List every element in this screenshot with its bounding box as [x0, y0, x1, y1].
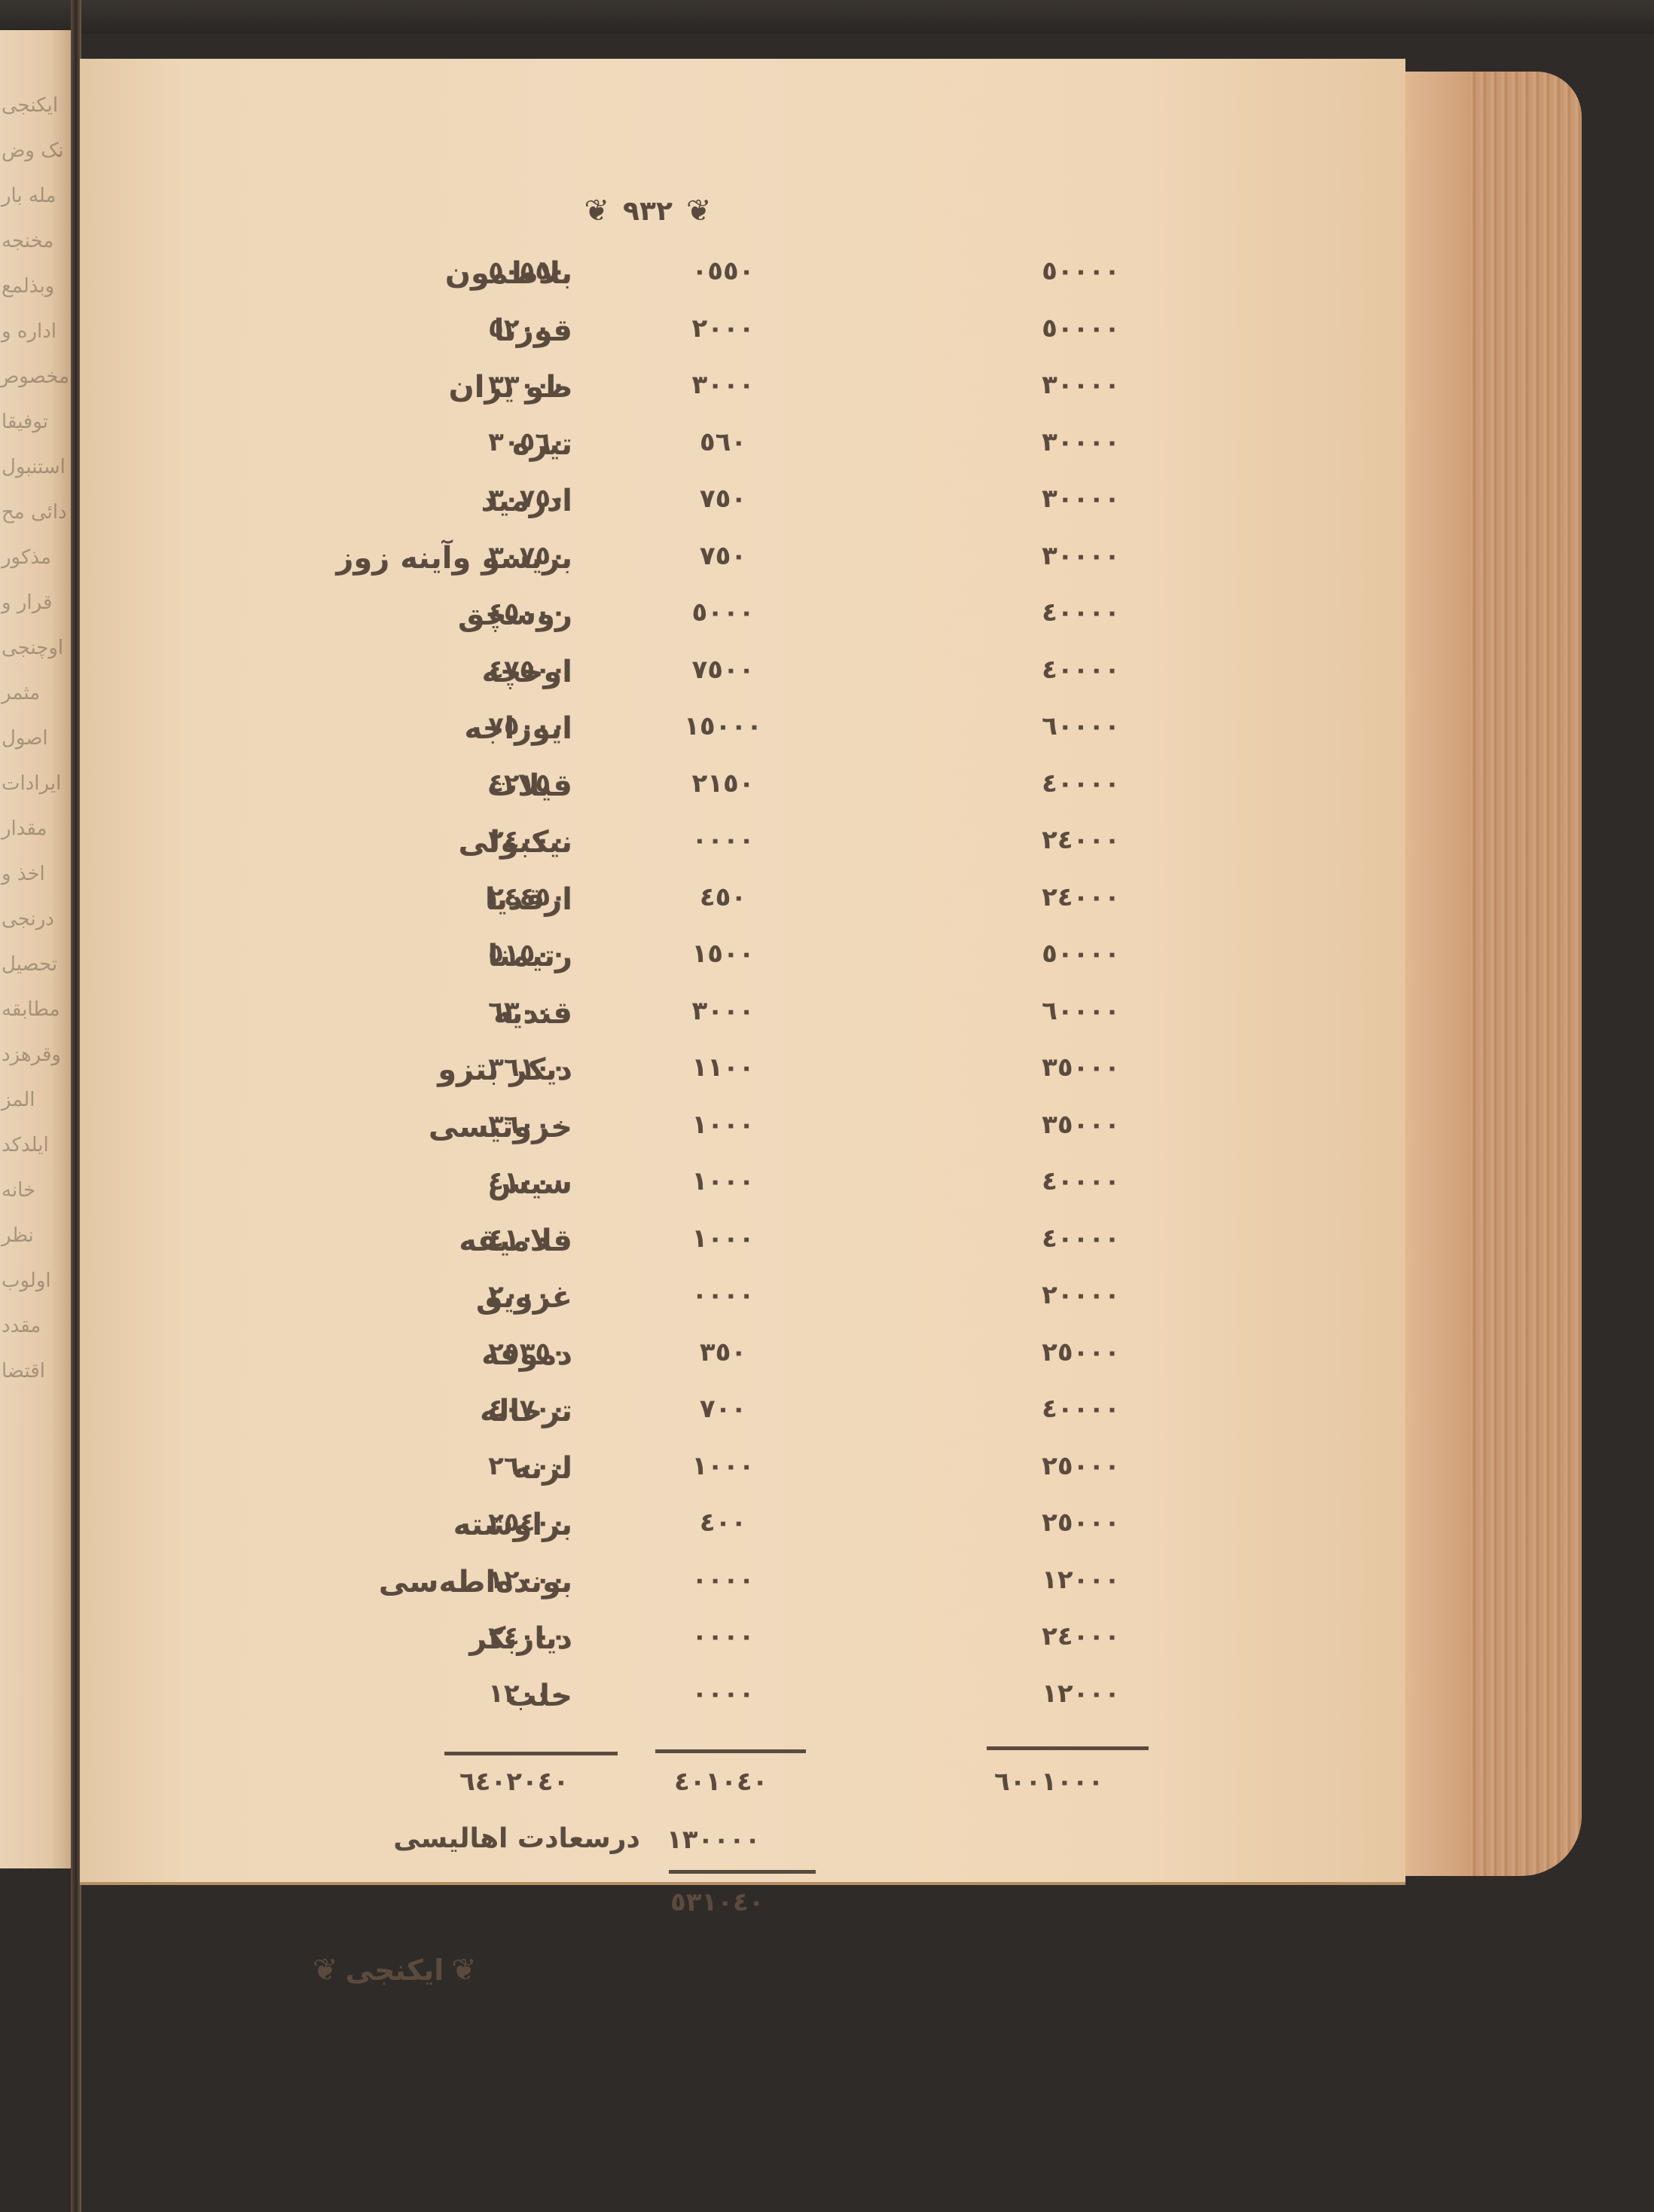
value-col2: ٠٠٠٠ — [655, 1565, 791, 1595]
value-col3: ٦٠٠٠٠ — [1009, 996, 1152, 1026]
value-col2: ١٥٠٠٠ — [655, 711, 791, 741]
table-row: حلب١٢٠٠٠٠٠٠٠١٢٠٠٠ — [173, 1679, 1167, 1736]
table-row: لزنه٢٦٠٠٠١٠٠٠٢٥٠٠٠ — [173, 1451, 1167, 1508]
value-col2: ٤٠٠ — [655, 1508, 791, 1538]
left-page-line: نک وض — [2, 128, 69, 173]
value-col3: ٤٠٠٠٠ — [1009, 768, 1152, 799]
value-col1: ٣٠٥٦٠ — [459, 427, 595, 457]
value-col3: ٢٠٠٠٠ — [1009, 1280, 1152, 1310]
total-col3: ٦٠٠١٠٠٠ — [994, 1767, 1103, 1797]
value-col1: ٢٤٤٥٠ — [459, 882, 595, 912]
value-col1: ١٢٠٠٠ — [459, 1679, 595, 1709]
table-row: دیاربکر٢٤٠٠٠٠٠٠٠٢٤٠٠٠ — [173, 1621, 1167, 1679]
left-page-line: ایرادات — [2, 761, 69, 806]
value-col2: ١٠٠٠ — [655, 1110, 791, 1140]
catchword-ornament-left-icon: ❦ — [313, 1953, 338, 1987]
value-col3: ٣٠٠٠٠ — [1009, 541, 1152, 571]
value-col2: ٣٠٠٠ — [655, 996, 791, 1026]
value-col2: ٣٥٠ — [655, 1337, 791, 1367]
istanbul-row: درسعادت اهالیسی ١٣٠٠٠٠ — [414, 1823, 806, 1868]
left-page-line: مقدد — [2, 1303, 69, 1349]
population-table: بلاطمون٥٠٥٥٠٠٥٥٠٥٠٠٠٠قوزتا٥٢٠٠٠٢٠٠٠٥٠٠٠٠… — [173, 256, 1167, 1735]
value-col2: ٧٥٠٠ — [655, 655, 791, 685]
value-col2: ٤٥٠ — [655, 882, 791, 912]
value-col2: ١٠٠٠ — [655, 1451, 791, 1481]
value-col1: ٢٤٠٠٠ — [459, 1621, 595, 1651]
left-page-line: مذکور — [2, 535, 69, 580]
value-col3: ٣٠٠٠٠ — [1009, 484, 1152, 514]
background-top — [0, 0, 1654, 34]
value-col2: ١١٠٠ — [655, 1053, 791, 1083]
left-page-line: استنبول — [2, 445, 69, 490]
value-col1: ٣٦٠٠٠ — [459, 1110, 595, 1140]
left-page-text-fragments: ایکنجینک وضمله بارمخنجهوبذلمعاداره ومخصو… — [2, 83, 69, 1394]
value-col1: ٢٠٠٠٠ — [459, 1280, 595, 1310]
value-col2: ١٥٠٠ — [655, 939, 791, 969]
value-col2: ٢٠٠٠ — [655, 313, 791, 344]
table-row: اوخچه٤٧٥٠٠٧٥٠٠٤٠٠٠٠ — [173, 655, 1167, 712]
value-col2: ٢١٥٠ — [655, 768, 791, 799]
left-page-line: توفیقا — [2, 399, 69, 445]
ornament-right-icon: ❦ — [686, 194, 712, 228]
value-col3: ٤٠٠٠٠ — [1009, 1166, 1152, 1196]
value-col3: ٥٠٠٠٠ — [1009, 313, 1152, 344]
left-page-line: مخصوص — [2, 354, 69, 399]
left-page-line: نظر — [2, 1213, 69, 1258]
table-row: قوزتا٥٢٠٠٠٢٠٠٠٥٠٠٠٠ — [173, 313, 1167, 371]
left-page-line: وبذلمع — [2, 264, 69, 309]
value-col3: ٥٠٠٠٠ — [1009, 939, 1152, 969]
value-col3: ٣٠٠٠٠ — [1009, 370, 1152, 400]
value-col1: ٢٥٣٥٠ — [459, 1337, 595, 1367]
value-col3: ٢٥٠٠٠ — [1009, 1508, 1152, 1538]
value-col2: ٧٥٠ — [655, 484, 791, 514]
value-col3: ٣٠٠٠٠ — [1009, 427, 1152, 457]
total-col1: ٦٤٠٢٠٤٠ — [459, 1767, 569, 1797]
left-page-line: مثمر — [2, 671, 69, 716]
left-page-line: اوچنجی — [2, 625, 69, 671]
value-col1: ٢٥٤٠٠ — [459, 1508, 595, 1538]
left-page-line: اولوب — [2, 1258, 69, 1303]
value-col1: ٢٤٠٠٠ — [459, 825, 595, 855]
total-rule-col2 — [655, 1749, 806, 1753]
table-row: غرویق٢٠٠٠٠٠٠٠٠٢٠٠٠٠ — [173, 1280, 1167, 1337]
value-col2: ٠٠٠٠ — [655, 1280, 791, 1310]
value-col1: ٣٦١٠٠ — [459, 1053, 595, 1083]
value-col2: ٧٥٠ — [655, 541, 791, 571]
value-col1: ٧٥٠٠٠ — [459, 711, 595, 741]
table-row: ترحاله٤٠٧٠٠٧٠٠٤٠٠٠٠ — [173, 1394, 1167, 1451]
value-col3: ١٢٠٠٠ — [1009, 1679, 1152, 1709]
left-page-line: درنجی — [2, 897, 69, 942]
table-row: روسچق٤٥٠٠٠٥٠٠٠٤٠٠٠٠ — [173, 597, 1167, 655]
value-col1: ٤٥٠٠٠ — [459, 597, 595, 628]
left-page-line: دائی مح — [2, 490, 69, 535]
left-page-line: قرار و — [2, 580, 69, 625]
grand-total: ٥٣١٠٤٠ — [670, 1887, 764, 1917]
ornament-left-icon: ❦ — [584, 194, 610, 228]
value-col2: ٠٠٠٠ — [655, 1621, 791, 1651]
value-col1: ٤٧٥٠٠ — [459, 655, 595, 685]
table-row: ادرمید٣٠٧٥٠٧٥٠٣٠٠٠٠ — [173, 484, 1167, 541]
table-row: قندیه٦٣٠٠٠٣٠٠٠٦٠٠٠٠ — [173, 996, 1167, 1053]
value-col1: ٣٠٧٥٠ — [459, 541, 595, 571]
table-row: دموقه٢٥٣٥٠٣٥٠٢٥٠٠٠ — [173, 1337, 1167, 1395]
table-row: رتیمنا٥١٥٠٠١٥٠٠٥٠٠٠٠ — [173, 939, 1167, 996]
table-row: طو یران٣٣٠٠٠٣٠٠٠٣٠٠٠٠ — [173, 370, 1167, 427]
left-page-line: المز — [2, 1077, 69, 1123]
value-col3: ٢٥٠٠٠ — [1009, 1337, 1152, 1367]
value-col2: ١٠٠٠ — [655, 1224, 791, 1254]
table-row: بلاطمون٥٠٥٥٠٠٥٥٠٥٠٠٠٠ — [173, 256, 1167, 313]
table-row: نیکبولی٢٤٠٠٠٠٠٠٠٢٤٠٠٠ — [173, 825, 1167, 882]
table-row: خروتیسی٣٦٠٠٠١٠٠٠٣٥٠٠٠ — [173, 1110, 1167, 1167]
value-col3: ٣٥٠٠٠ — [1009, 1110, 1152, 1140]
left-page-line: اصول — [2, 716, 69, 761]
left-page-line: مخنجه — [2, 218, 69, 264]
value-col2: ٣٠٠٠ — [655, 370, 791, 400]
left-page-line: اخذ و — [2, 851, 69, 897]
left-facing-page: ایکنجینک وضمله بارمخنجهوبذلمعاداره ومخصو… — [0, 30, 72, 1868]
catchword: ❦ ایکنجی ❦ — [313, 1944, 477, 1997]
value-col3: ٥٠٠٠٠ — [1009, 256, 1152, 286]
value-col1: ٥١٥٠٠ — [459, 939, 595, 969]
table-row: ایوراجه٧٥٠٠٠١٥٠٠٠٦٠٠٠٠ — [173, 711, 1167, 768]
left-page-line: مطابقه — [2, 987, 69, 1032]
table-row: ارقدیا٢٤٤٥٠٤٥٠٢٤٠٠٠ — [173, 882, 1167, 939]
left-page-line: مقدار — [2, 806, 69, 851]
page-header: ❦ ٩٣٢ ❦ — [557, 188, 738, 234]
value-col1: ٥٢٠٠٠ — [459, 313, 595, 344]
value-col2: ٠٠٠٠ — [655, 1679, 791, 1709]
total-rule-col1 — [444, 1752, 618, 1755]
left-page-line: ایلدکد — [2, 1123, 69, 1168]
table-row: دیکر بتزو٣٦١٠٠١١٠٠٣٥٠٠٠ — [173, 1053, 1167, 1110]
value-col3: ٢٤٠٠٠ — [1009, 1621, 1152, 1651]
value-col1: ٣٠٧٥٠ — [459, 484, 595, 514]
left-page-line: تحصیل — [2, 942, 69, 987]
value-col3: ٤٠٠٠٠ — [1009, 1394, 1152, 1424]
value-col2: ٥٠٠٠ — [655, 597, 791, 628]
table-row: قیلات٤٢١٥٠٢١٥٠٤٠٠٠٠ — [173, 768, 1167, 826]
table-row: بریسو وآینه زوز٣٠٧٥٠٧٥٠٣٠٠٠٠ — [173, 541, 1167, 598]
value-col3: ٢٤٠٠٠ — [1009, 882, 1152, 912]
value-col2: ٠٥٥٠ — [655, 256, 791, 286]
grand-total-rule — [669, 1870, 816, 1874]
istanbul-value: ١٣٠٠٠٠ — [667, 1825, 761, 1855]
table-row: سیس٤١٠٠٠١٠٠٠٤٠٠٠٠ — [173, 1166, 1167, 1224]
value-col3: ٤٠٠٠٠ — [1009, 1224, 1152, 1254]
value-col2: ١٠٠٠ — [655, 1166, 791, 1196]
table-row: بونده‌اطه‌سی١٢٠٠٠٠٠٠٠١٢٠٠٠ — [173, 1565, 1167, 1622]
total-rule-col3 — [987, 1746, 1149, 1750]
table-row: براوشته٢٥٤٠٠٤٠٠٢٥٠٠٠ — [173, 1508, 1167, 1565]
catchword-text: ایکنجی — [346, 1954, 444, 1987]
left-page-line: ایکنجی — [2, 83, 69, 128]
value-col2: ٠٠٠٠ — [655, 825, 791, 855]
table-row: تیره٣٠٥٦٠٥٦٠٣٠٠٠٠ — [173, 427, 1167, 484]
value-col3: ١٢٠٠٠ — [1009, 1565, 1152, 1595]
table-row: قلامیقه٤١٠٠٠١٠٠٠٤٠٠٠٠ — [173, 1224, 1167, 1281]
value-col3: ٢٥٠٠٠ — [1009, 1451, 1152, 1481]
book-fore-edge — [1393, 72, 1582, 1876]
total-col2: ٤٠١٠٤٠ — [674, 1767, 768, 1797]
istanbul-label: درسعادت اهالیسی — [393, 1823, 640, 1854]
value-col1: ٤٠٧٠٠ — [459, 1394, 595, 1424]
value-col3: ٤٠٠٠٠ — [1009, 655, 1152, 685]
left-page-line: مله بار — [2, 173, 69, 218]
value-col1: ٣٣٠٠٠ — [459, 370, 595, 400]
left-page-line: خانه — [2, 1168, 69, 1213]
value-col3: ٦٠٠٠٠ — [1009, 711, 1152, 741]
value-col1: ٢٦٠٠٠ — [459, 1451, 595, 1481]
value-col1: ١٢٠٠٠ — [459, 1565, 595, 1595]
value-col3: ٢٤٠٠٠ — [1009, 825, 1152, 855]
value-col2: ٧٠٠ — [655, 1394, 791, 1424]
left-page-line: اداره و — [2, 309, 69, 354]
value-col1: ٥٠٥٥٠ — [459, 256, 595, 286]
value-col1: ٤٢١٥٠ — [459, 768, 595, 799]
value-col1: ٤١٠٠٠ — [459, 1224, 595, 1254]
value-col3: ٤٠٠٠٠ — [1009, 597, 1152, 628]
value-col1: ٦٣٠٠٠ — [459, 996, 595, 1026]
left-page-line: اقتضا — [2, 1349, 69, 1394]
value-col1: ٤١٠٠٠ — [459, 1166, 595, 1196]
value-col3: ٣٥٠٠٠ — [1009, 1053, 1152, 1083]
value-col2: ٥٦٠ — [655, 427, 791, 457]
catchword-ornament-right-icon: ❦ — [451, 1953, 477, 1987]
left-page-line: وقرهزد — [2, 1032, 69, 1077]
page-number: ٩٣٢ — [623, 196, 673, 227]
